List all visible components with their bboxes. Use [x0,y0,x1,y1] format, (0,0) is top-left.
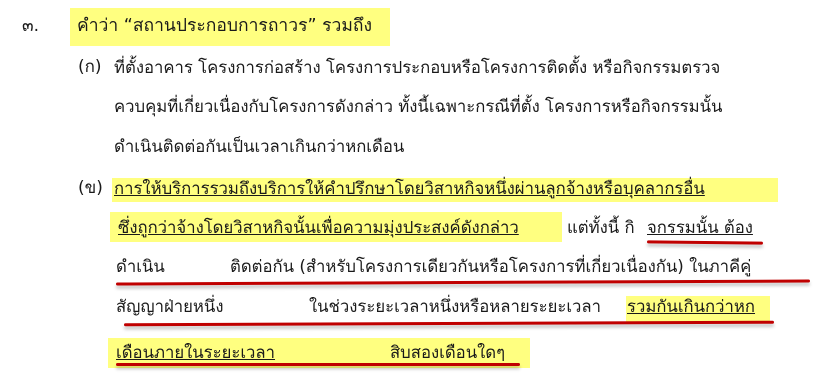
item-a-line-3: ดำเนินติดต่อกันเป็นเวลาเกินกว่าหกเดือน [114,134,404,158]
item-b-line-3-b: ติดต่อกัน (สำหรับโครงการเดียวกันหรือโครง… [230,254,751,278]
item-b-line-4-highlighted: รวมกันเกินกว่าหก [627,294,755,318]
item-b-line-2-rest-a: แต่ทั้งนี้ กิ [567,215,635,239]
item-b-line-4-b: ในช่วงระยะเวลาหนึ่งหรือหลายระยะเวลา [309,294,601,318]
item-a-marker: (ก) [78,55,102,79]
section-heading: คำว่า “สถานประกอบการถาวร” รวมถึง [77,14,372,38]
item-b-marker: (ข) [78,176,103,200]
item-b-line-5-a: เดือนภายในระยะเวลา [116,340,275,364]
red-underline-4 [116,363,520,366]
item-b-line-1: การให้บริการรวมถึงบริการให้คำปรึกษาโดยวิ… [114,176,705,200]
item-b-line-4-a: สัญญาฝ่ายหนึ่ง [116,294,223,318]
item-a-line-2: ควบคุมที่เกี่ยวเนื่องกับโครงการดังกล่าว … [114,94,722,118]
red-underline-3 [124,321,774,326]
item-b-line-3-a: ดำเนิน [116,254,165,278]
item-b-line-5-b: สิบสองเดือนใดๆ [390,340,505,364]
red-underline-2 [116,279,810,285]
item-b-line-2-rest-b: จกรรมนั้น ต้อง [647,215,753,239]
red-underline-1 [647,240,763,244]
section-number: ๓. [22,14,39,38]
item-a-line-1: ที่ตั้งอาคาร โครงการก่อสร้าง โครงการประก… [114,55,720,79]
item-b-line-2-highlighted: ซึ่งถูกว่าจ้างโดยวิสาหกิจนั้นเพื่อความมุ… [118,215,519,239]
